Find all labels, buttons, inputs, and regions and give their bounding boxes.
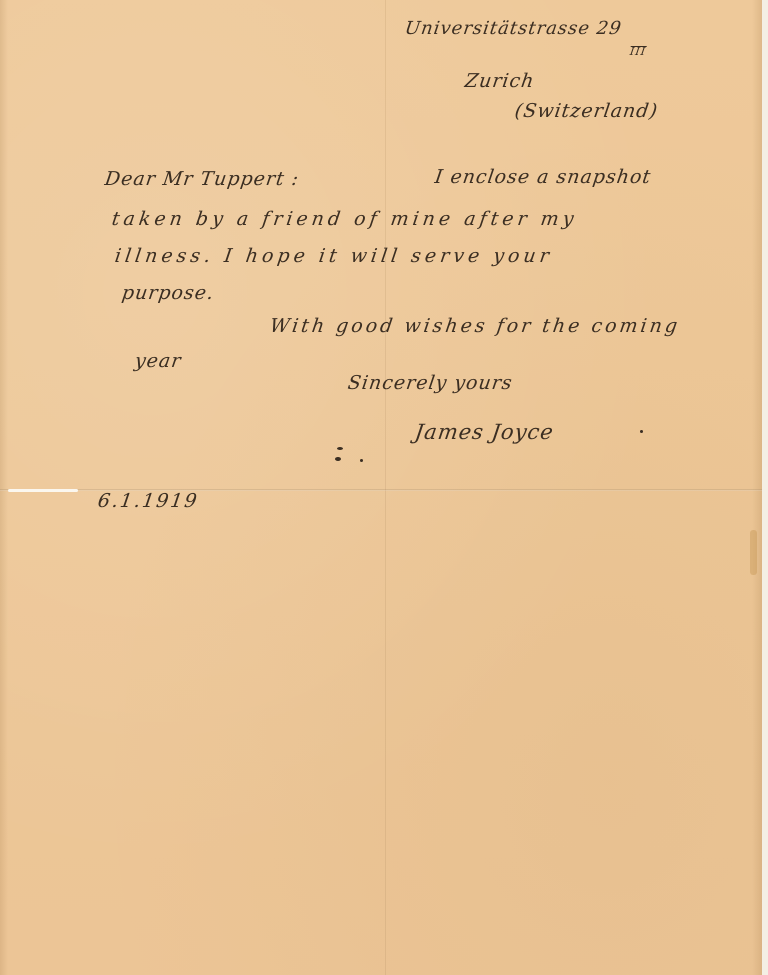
body-line-4: purpose. [120,282,215,304]
fold-tear [8,489,78,492]
body-line-1: I enclose a snapshot [433,166,652,188]
vertical-crease [385,0,386,975]
paper-edge-left [0,0,8,975]
ink-mark [337,447,343,450]
paper-stain [750,530,757,575]
address-floor: III [629,46,647,57]
sign-off: Sincerely yours [346,372,514,394]
signature: James Joyce [413,420,555,444]
closing-wish-line-2: year [133,350,182,372]
address-street: Universitätstrasse 29 [404,18,624,39]
salutation: Dear Mr Tuppert : [103,168,300,190]
letter-paper [0,0,762,975]
body-line-3: illness. I hope it will serve your [113,245,554,267]
address-city: Zurich [463,70,536,92]
closing-wish-line-1: With good wishes for the coming [268,315,681,337]
body-line-2: taken by a friend of mine after my [110,208,579,230]
ink-mark [640,430,643,433]
ink-mark [335,457,341,461]
address-country: (Switzerland) [513,100,659,122]
letter-date: 6.1.1919 [96,490,200,512]
paper-edge-right [752,0,762,975]
ink-mark [360,459,363,462]
